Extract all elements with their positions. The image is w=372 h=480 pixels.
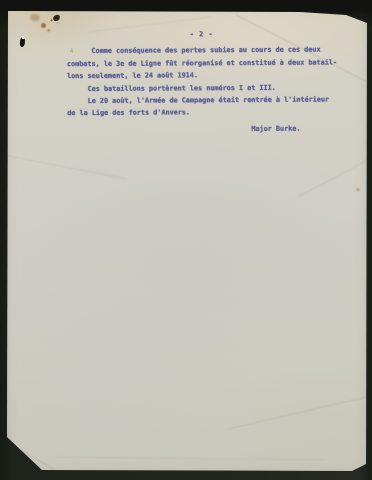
- typewritten-text-layer: - 2 - 4 Comme conséquence des pertes sub…: [0, 0, 372, 480]
- signature: Major Burke.: [251, 122, 300, 135]
- document-line: Le 20 août, l'Armée de Campagne était re…: [67, 93, 337, 107]
- page-number: - 2 -: [190, 28, 214, 41]
- document-line: de la Lige des forts d'Anvers.: [67, 106, 337, 120]
- scanned-document-page: - 2 - 4 Comme conséquence des pertes sub…: [0, 0, 372, 480]
- document-line: combats, le 3e de Ligne fût réorganisé e…: [67, 56, 337, 70]
- paper-sheet: - 2 - 4 Comme conséquence des pertes sub…: [0, 0, 372, 480]
- document-body: Comme conséquence des pertes subies au c…: [67, 44, 338, 120]
